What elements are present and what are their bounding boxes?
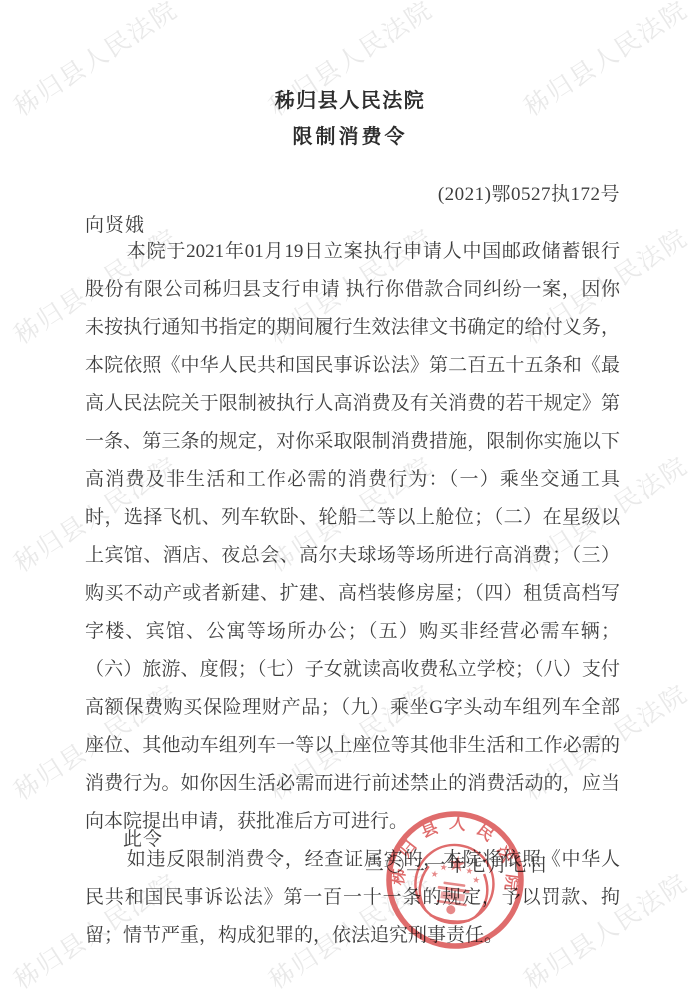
- court-seal: 秭归县人民法院: [362, 787, 547, 972]
- document-page: 秭归县人民法院秭归县人民法院秭归县人民法院秭归县人民法院秭归县人民法院秭归县人民…: [0, 0, 700, 989]
- seal-text: 秭归县人民法院: [387, 805, 531, 902]
- national-emblem-icon: [410, 840, 498, 928]
- document-content: 秭归县人民法院 限制消费令 (2021)鄂0527执172号 向贤娥 本院于20…: [0, 0, 700, 989]
- court-name-title: 秭归县人民法院: [0, 84, 700, 113]
- closing-statement: 此令: [123, 824, 163, 851]
- case-number: (2021)鄂0527执172号: [438, 179, 620, 206]
- order-title: 限制消费令: [0, 120, 700, 149]
- order-paragraph-1: 本院于2021年01月19日立案执行申请人中国邮政储蓄银行股份有限公司秭归县支行…: [85, 233, 620, 841]
